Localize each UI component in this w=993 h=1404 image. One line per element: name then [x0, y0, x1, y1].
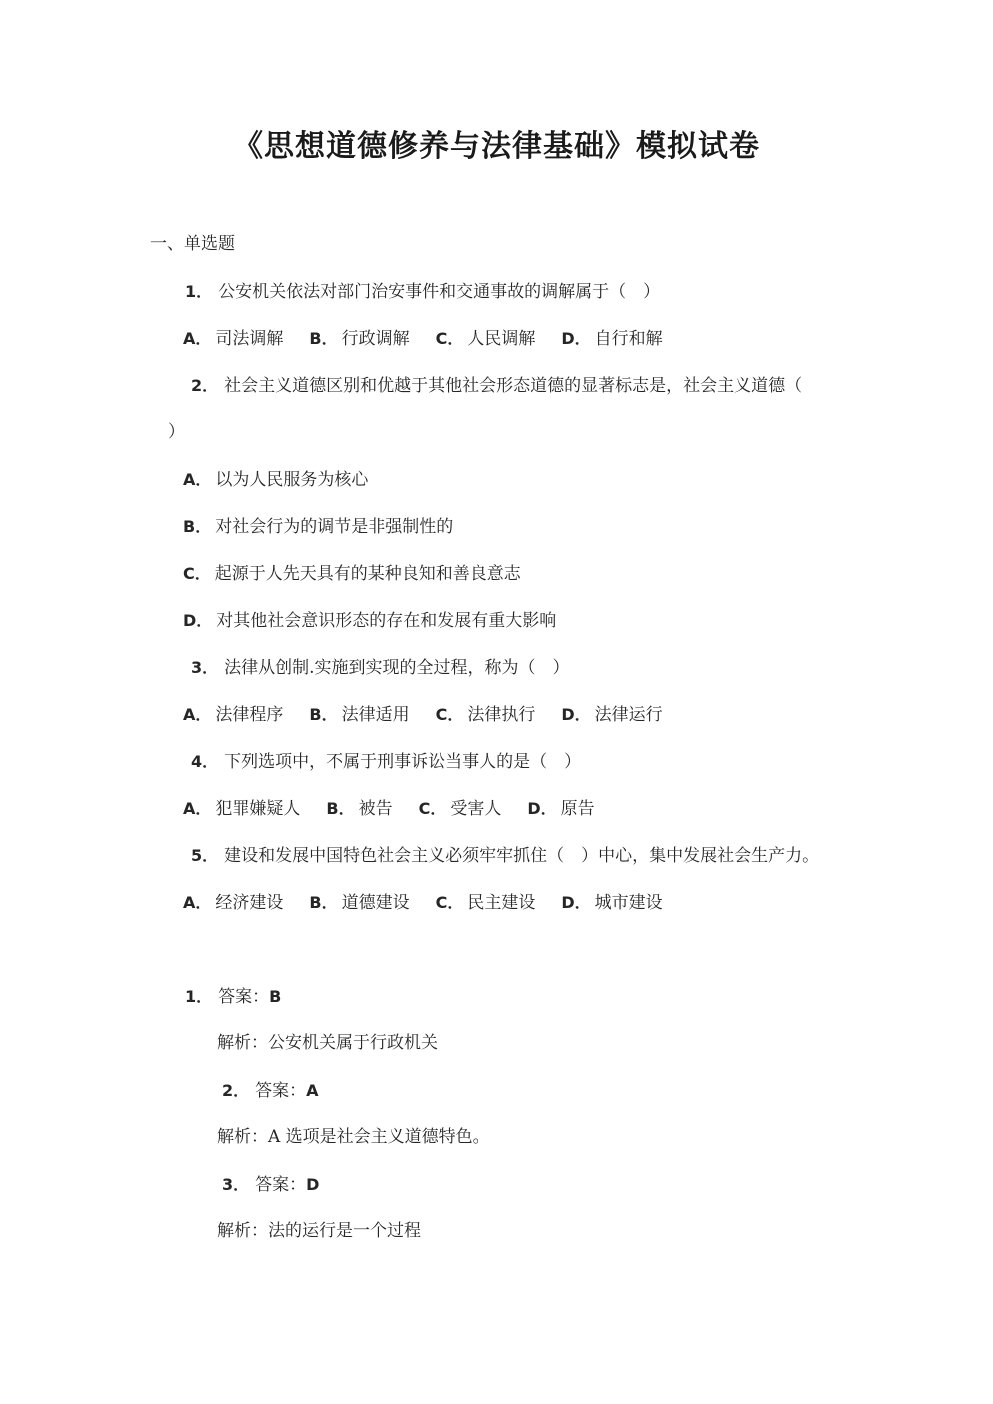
option-b-label: B． [309, 893, 337, 912]
question-2: 2．社会主义道德区别和优越于其他社会形态道德的显著标志是，社会主义道德（ [0, 362, 993, 409]
analysis-2-label: 解析： [217, 1127, 268, 1147]
option-c-label: C． [419, 799, 447, 818]
option-d: D．原告 [527, 799, 594, 819]
question-3: 3．法律从创制.实施到实现的全过程，称为（ ） [0, 644, 993, 691]
question-2-number: 2． [191, 376, 218, 395]
answer-2-label: 答案： [255, 1081, 306, 1101]
option-d-text: 城市建设 [595, 893, 663, 913]
option-b-text: 法律适用 [342, 705, 410, 725]
option-b-text: 行政调解 [342, 329, 410, 349]
option-b-label: B． [183, 517, 211, 536]
option-c-label: C． [436, 893, 464, 912]
option-d-label: D． [561, 329, 590, 348]
option-a-text: 司法调解 [215, 329, 283, 349]
option-b: B．道德建设 [309, 893, 409, 913]
answer-1-number: 1． [185, 987, 212, 1006]
option-b: B．被告 [326, 799, 392, 819]
question-1-options: A．司法调解B．行政调解C．人民调解D．自行和解 [0, 315, 993, 362]
option-a-label: A． [183, 893, 211, 912]
option-c-label: C． [436, 705, 464, 724]
option-a-label: A． [183, 470, 211, 489]
option-d: D．城市建设 [561, 893, 662, 913]
option-d-label: D． [527, 799, 556, 818]
option-b-label: B． [309, 705, 337, 724]
option-a: A．法律程序 [183, 705, 283, 725]
option-a: A．经济建设 [183, 893, 283, 913]
question-1-number: 1． [185, 282, 212, 301]
option-b-text: 对社会行为的调节是非强制性的 [215, 517, 453, 537]
answer-3: 3．答案：D [0, 1161, 993, 1208]
analysis-1-text: 公安机关属于行政机关 [268, 1033, 438, 1053]
question-1-text: 公安机关依法对部门治安事件和交通事故的调解属于（ ） [218, 282, 660, 302]
question-5-options: A．经济建设B．道德建设C．民主建设D．城市建设 [0, 879, 993, 926]
analysis-3-label: 解析： [217, 1221, 268, 1241]
analysis-1-label: 解析： [217, 1033, 268, 1053]
analysis-2-text: A 选项是社会主义道德特色。 [268, 1127, 490, 1147]
answer-1-label: 答案： [218, 987, 269, 1007]
option-c: C．人民调解 [436, 329, 536, 349]
section-heading: 一、单选题 [0, 221, 993, 268]
answer-2: 2．答案：A [0, 1067, 993, 1114]
question-3-text: 法律从创制.实施到实现的全过程，称为（ ） [224, 658, 569, 678]
answer-1: 1．答案：B [0, 973, 993, 1020]
question-1: 1．公安机关依法对部门治安事件和交通事故的调解属于（ ） [0, 268, 993, 315]
question-3-number: 3． [191, 658, 218, 677]
question-2-option-c: C．起源于人先天具有的某种良知和善良意志 [0, 550, 993, 597]
option-a: A．司法调解 [183, 329, 283, 349]
page-title: 《思想道德修养与法律基础》模拟试卷 [0, 0, 993, 167]
question-5-number: 5． [191, 846, 218, 865]
analysis-3-text: 法的运行是一个过程 [268, 1221, 421, 1241]
option-a-text: 以为人民服务为核心 [215, 470, 368, 490]
option-c-text: 人民调解 [467, 329, 535, 349]
option-b: B．法律适用 [309, 705, 409, 725]
question-4-text: 下列选项中，不属于刑事诉讼当事人的是（ ） [224, 752, 581, 772]
option-a-text: 法律程序 [215, 705, 283, 725]
answer-2-value: A [306, 1081, 318, 1100]
section-gap [0, 926, 993, 973]
exam-document-page: 《思想道德修养与法律基础》模拟试卷 一、单选题 1．公安机关依法对部门治安事件和… [0, 0, 993, 1404]
option-d-text: 对其他社会意识形态的存在和发展有重大影响 [216, 611, 556, 631]
question-3-options: A．法律程序B．法律适用C．法律执行D．法律运行 [0, 691, 993, 738]
option-a-label: A． [183, 705, 211, 724]
option-a: A．犯罪嫌疑人 [183, 799, 300, 819]
option-d-text: 法律运行 [595, 705, 663, 725]
option-d-label: D． [561, 893, 590, 912]
option-b: B．行政调解 [309, 329, 409, 349]
option-c: C．受害人 [419, 799, 502, 819]
option-d: D．法律运行 [561, 705, 662, 725]
option-c-text: 受害人 [450, 799, 501, 819]
option-b-label: B． [309, 329, 337, 348]
document-body: 一、单选题 1．公安机关依法对部门治安事件和交通事故的调解属于（ ） A．司法调… [0, 221, 993, 1255]
answer-3-value: D [306, 1175, 319, 1194]
option-c-label: C． [183, 564, 211, 583]
option-b-label: B． [326, 799, 354, 818]
analysis-3: 解析：法的运行是一个过程 [0, 1208, 993, 1255]
question-5-text: 建设和发展中国特色社会主义必须牢牢抓住（ ）中心，集中发展社会生产力。 [224, 846, 819, 866]
option-c-text: 起源于人先天具有的某种良知和善良意志 [215, 564, 521, 584]
option-d-text: 自行和解 [595, 329, 663, 349]
analysis-1: 解析：公安机关属于行政机关 [0, 1020, 993, 1067]
option-c-text: 法律执行 [467, 705, 535, 725]
question-5: 5．建设和发展中国特色社会主义必须牢牢抓住（ ）中心，集中发展社会生产力。 [0, 832, 993, 879]
option-d: D．自行和解 [561, 329, 662, 349]
option-c: C．法律执行 [436, 705, 536, 725]
option-c-label: C． [436, 329, 464, 348]
option-b-text: 被告 [359, 799, 393, 819]
question-2-continuation: ） [0, 409, 993, 456]
question-4-number: 4． [191, 752, 218, 771]
question-2-option-d: D．对其他社会意识形态的存在和发展有重大影响 [0, 597, 993, 644]
answer-3-label: 答案： [255, 1175, 306, 1195]
option-d-label: D． [561, 705, 590, 724]
question-4: 4．下列选项中，不属于刑事诉讼当事人的是（ ） [0, 738, 993, 785]
option-d-label: D． [183, 611, 212, 630]
option-c-text: 民主建设 [467, 893, 535, 913]
option-c: C．民主建设 [436, 893, 536, 913]
answer-3-number: 3． [222, 1175, 249, 1194]
option-a-text: 经济建设 [215, 893, 283, 913]
option-b-text: 道德建设 [342, 893, 410, 913]
question-2-text: 社会主义道德区别和优越于其他社会形态道德的显著标志是，社会主义道德（ [224, 376, 802, 396]
question-2-option-a: A．以为人民服务为核心 [0, 456, 993, 503]
question-2-option-b: B．对社会行为的调节是非强制性的 [0, 503, 993, 550]
analysis-2: 解析：A 选项是社会主义道德特色。 [0, 1114, 993, 1161]
option-a-label: A． [183, 799, 211, 818]
answer-1-value: B [269, 987, 281, 1006]
option-d-text: 原告 [561, 799, 595, 819]
answer-2-number: 2． [222, 1081, 249, 1100]
question-4-options: A．犯罪嫌疑人B．被告C．受害人D．原告 [0, 785, 993, 832]
option-a-text: 犯罪嫌疑人 [215, 799, 300, 819]
option-a-label: A． [183, 329, 211, 348]
